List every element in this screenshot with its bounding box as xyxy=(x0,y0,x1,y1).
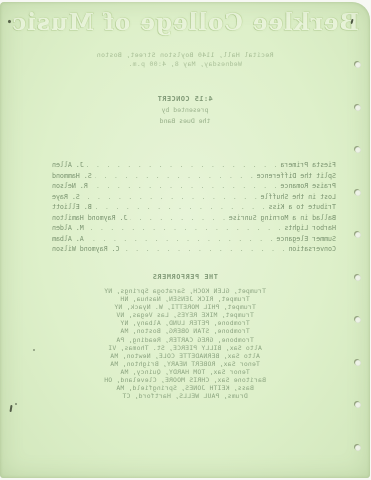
ink-speck xyxy=(33,349,35,351)
presented-by-line: presented by xyxy=(0,105,370,116)
piece-title: Ballad in a Morning Sunrise xyxy=(229,214,336,222)
composer-name: S. Hammond xyxy=(52,172,92,180)
dotted-leader: . . . . . . . . . . . . . . . . . . . . … xyxy=(87,162,278,169)
piece-title: Harbor Lights xyxy=(284,224,336,232)
binding-hole xyxy=(355,275,361,281)
piece-title: Conversation xyxy=(288,245,336,253)
binding-hole xyxy=(355,360,361,366)
composer-name: B. Elliott xyxy=(52,203,92,211)
dotted-leader: . . . . . . . . . . . . . . . . . . . . … xyxy=(123,246,286,253)
program-row: Conversation . . . . . . . . . . . . . .… xyxy=(52,245,336,256)
performer-line: Tenor Sax, ROBERT NEARY, Brighton, MA xyxy=(0,360,370,368)
ensemble-name-line: the Dues Band xyxy=(0,116,370,127)
composer-name: A. Albam xyxy=(52,235,84,243)
composer-name: S. Raye xyxy=(52,193,80,201)
program-row: Split the Difference . . . . . . . . . .… xyxy=(52,172,336,183)
composer-name: M. Alden xyxy=(52,224,84,232)
binding-hole xyxy=(355,62,361,68)
dotted-leader: . . . . . . . . . . . . . . . . . . . . … xyxy=(130,215,225,222)
datetime-line: Wednesday, May 8, 4:00 p.m. xyxy=(0,60,370,68)
concert-title-line: 4:15 CONCERT xyxy=(0,94,370,105)
composer-name: C. Raymond Wilson xyxy=(52,245,120,253)
performers-list: Trumpet, GLEN KOCH, Saratoga Springs, NY… xyxy=(0,287,370,400)
recital-title-block: 4:15 CONCERT presented by the Dues Band xyxy=(0,94,370,126)
piece-title: Tribute to a Kiss xyxy=(269,203,337,211)
program-row: Praise Romance . . . . . . . . . . . . .… xyxy=(52,182,336,193)
dotted-leader: . . . . . . . . . . . . . . . . . . . . … xyxy=(95,204,266,211)
dotted-leader: . . . . . . . . . . . . . . . . . . . . … xyxy=(87,236,274,243)
program-row: Harbor Lights . . . . . . . . . . . . . … xyxy=(52,224,336,235)
performer-line: Drums, PAUL WELLS, Hartford, CT xyxy=(0,392,370,400)
piece-title: Fiesta Primera xyxy=(280,161,336,169)
composer-name: J. Raymond Hamilton xyxy=(52,214,127,222)
binding-hole xyxy=(355,317,361,323)
binding-hole xyxy=(355,445,361,451)
piece-title: Split the Difference xyxy=(257,172,336,180)
performer-line: Tenor Sax, TOM HARDY, Quincy, MA xyxy=(0,368,370,376)
program-row: Ballad in a Morning Sunrise . . . . . . … xyxy=(52,214,336,225)
performer-line: Trumpet, PHIL MORETTI, W. Nyack, NY xyxy=(0,303,370,311)
piece-title: Praise Romance xyxy=(280,182,336,190)
program-row: Tribute to a Kiss . . . . . . . . . . . … xyxy=(52,203,336,214)
performer-line: Alto Sax, BERNADETTE COLE, Newton, MA xyxy=(0,352,370,360)
program-row: Summer Elegance . . . . . . . . . . . . … xyxy=(52,235,336,246)
performer-line: Bass, KEITH JONES, Springfield, MA xyxy=(0,384,370,392)
scanned-program-page: Berklee College of Music Recital Hall, 1… xyxy=(0,2,370,478)
binding-hole xyxy=(355,105,361,111)
performer-line: Trombone, PETER LUND, Albany, NY xyxy=(0,319,370,327)
performers-block: THE PERFORMERS Trumpet, GLEN KOCH, Sarat… xyxy=(0,273,370,400)
dotted-leader: . . . . . . . . . . . . . . . . . . . . … xyxy=(95,173,254,180)
program-row: Lost in the Shuffle . . . . . . . . . . … xyxy=(52,193,336,204)
venue-line: Recital Hall, 1140 Boylston Street, Bost… xyxy=(0,51,370,59)
binding-hole xyxy=(355,402,361,408)
dotted-leader: . . . . . . . . . . . . . . . . . . . . … xyxy=(83,194,258,201)
composer-name: R. Nelson xyxy=(52,182,88,190)
piece-title: Summer Elegance xyxy=(276,235,336,243)
performers-heading: THE PERFORMERS xyxy=(0,273,370,281)
performer-line: Trombone, GREG CARTER, Reading, PA xyxy=(0,336,370,344)
performer-line: Alto Sax, BILLY PIERCE, St. Thomas, VI xyxy=(0,344,370,352)
performer-line: Trumpet, MIKE REYES, Las Vegas, NV xyxy=(0,311,370,319)
performer-line: Trumpet, RICK JENSEN, Nashua, NH xyxy=(0,295,370,303)
piece-title: Lost in the Shuffle xyxy=(261,193,336,201)
binding-hole xyxy=(355,232,361,238)
performer-line: Trombone, STAN OBERG, Boston, MA xyxy=(0,327,370,335)
performer-line: Trumpet, GLEN KOCH, Saratoga Springs, NY xyxy=(0,287,370,295)
binding-hole xyxy=(355,190,361,196)
binding-hole xyxy=(355,147,361,153)
dotted-leader: . . . . . . . . . . . . . . . . . . . . … xyxy=(87,225,282,232)
performer-line: Baritone Sax, CHRIS MOORE, Cleveland, OH xyxy=(0,376,370,384)
program-row: Fiesta Primera . . . . . . . . . . . . .… xyxy=(52,161,336,172)
college-title-text: Berklee College of Music xyxy=(0,9,370,36)
ink-speck xyxy=(15,403,17,405)
program-list: Fiesta Primera . . . . . . . . . . . . .… xyxy=(52,161,336,256)
composer-name: J. Allen xyxy=(52,161,84,169)
mirrored-bleedthrough-layer: Berklee College of Music Recital Hall, 1… xyxy=(0,2,370,478)
dotted-leader: . . . . . . . . . . . . . . . . . . . . … xyxy=(91,183,278,190)
